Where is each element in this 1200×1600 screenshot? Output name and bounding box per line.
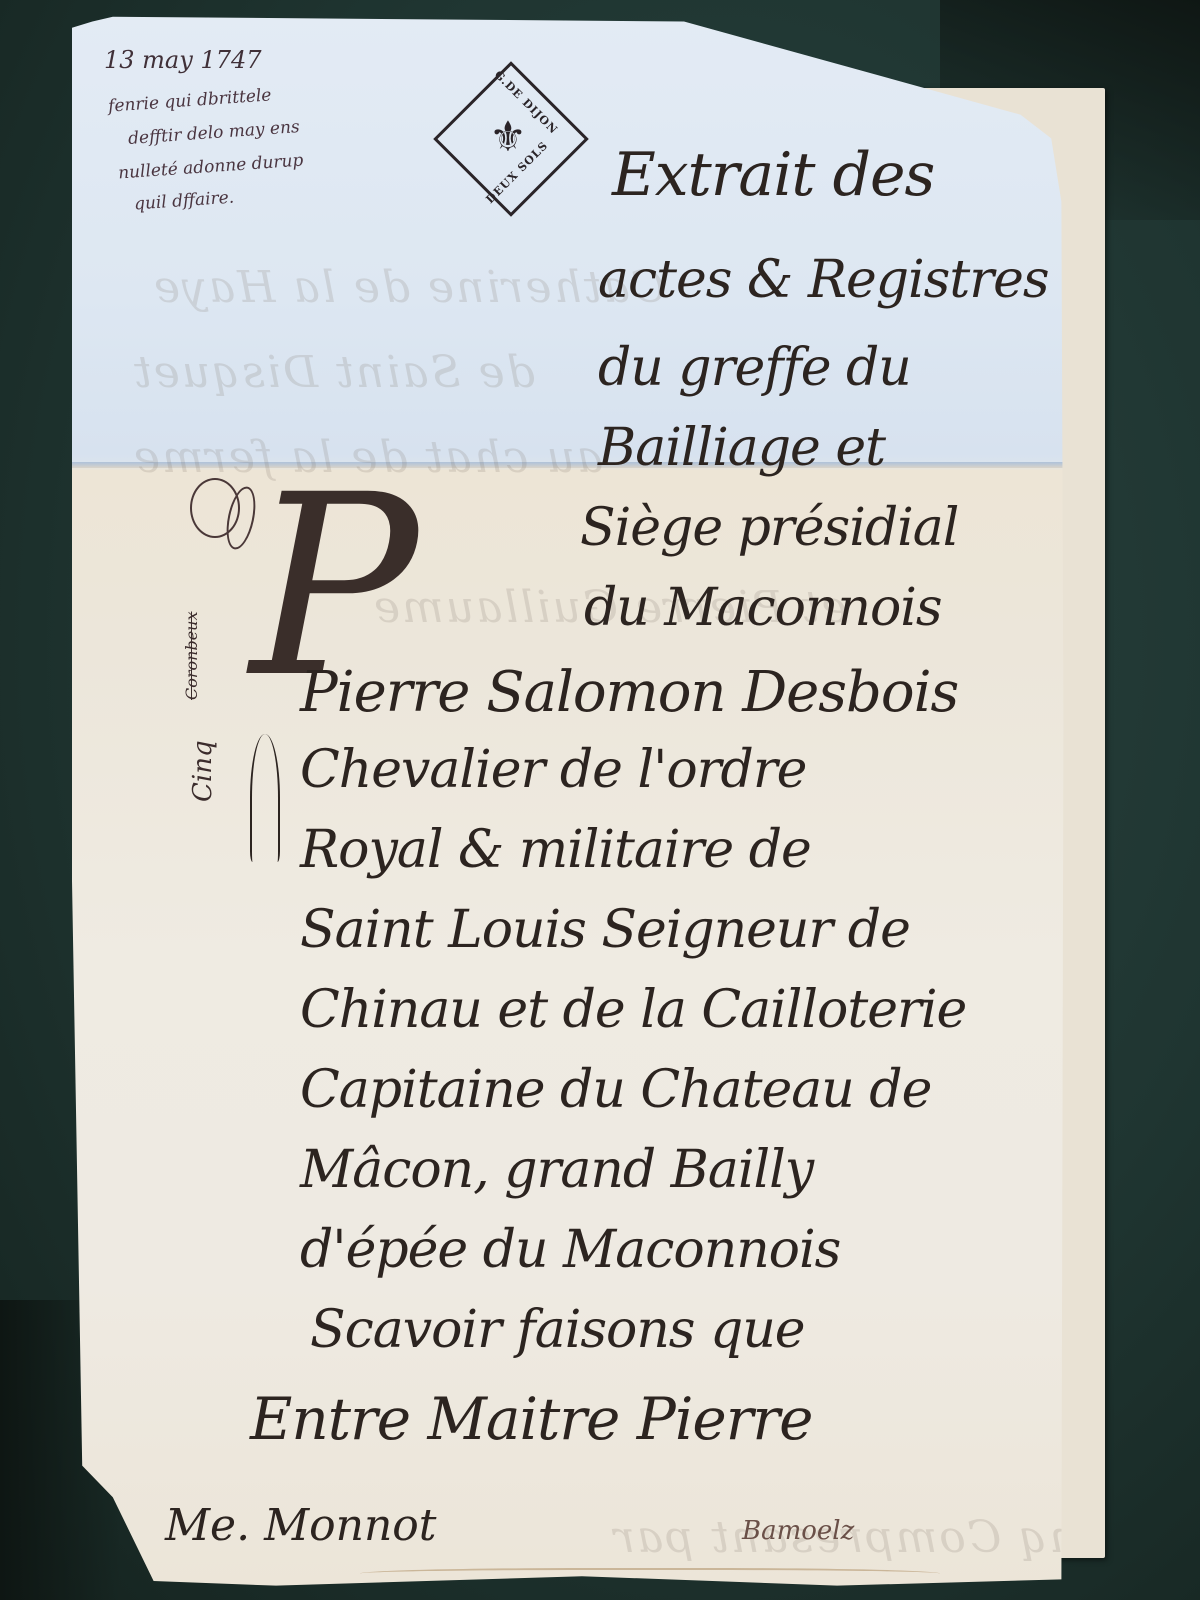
signature-left: Me. Monnot <box>165 1500 436 1551</box>
bleed-through-text: Catherine de la Haye <box>152 262 665 313</box>
document-heading: Extrait des <box>612 140 934 210</box>
body-line-name: Pierre Salomon Desbois <box>300 660 958 725</box>
margin-date: 13 may 1747 <box>104 46 262 74</box>
bleed-through-text: Cinq Compresant par <box>612 1512 1130 1563</box>
body-line: Siège présidial <box>580 498 958 558</box>
struck-margin-note: Coronbeux <box>182 612 201 701</box>
bleed-through-text: de Saint Disquet <box>132 347 535 398</box>
body-line: Capitaine du Chateau de <box>300 1060 931 1120</box>
margin-flourish <box>250 734 280 862</box>
body-line: Entre Maitre Pierre <box>250 1385 812 1453</box>
body-line: Chevalier de l'ordre <box>300 740 806 800</box>
body-line: du greffe du <box>598 338 911 398</box>
tax-stamp: G.DE DIJON DEUX SOLS ⚜ <box>428 56 588 216</box>
body-line: Scavoir faisons que <box>310 1300 805 1360</box>
margin-note-cinq: Cinq <box>188 740 218 802</box>
body-line: du Maconnois <box>584 578 942 638</box>
body-line: d'épée du Maconnois <box>300 1220 840 1280</box>
body-line: Saint Louis Seigneur de <box>300 900 910 960</box>
signature-right: Bamoelz <box>742 1516 854 1546</box>
water-stain <box>360 1568 940 1582</box>
body-line: actes & Registres <box>598 250 1049 310</box>
body-line: Royal & militaire de <box>300 820 811 880</box>
body-line: Chinau et de la Cailloterie <box>300 980 966 1040</box>
body-line: Mâcon, grand Bailly <box>300 1140 813 1200</box>
fleur-de-lis-icon: ⚜ <box>486 104 530 170</box>
body-line: Bailliage et <box>598 418 885 478</box>
